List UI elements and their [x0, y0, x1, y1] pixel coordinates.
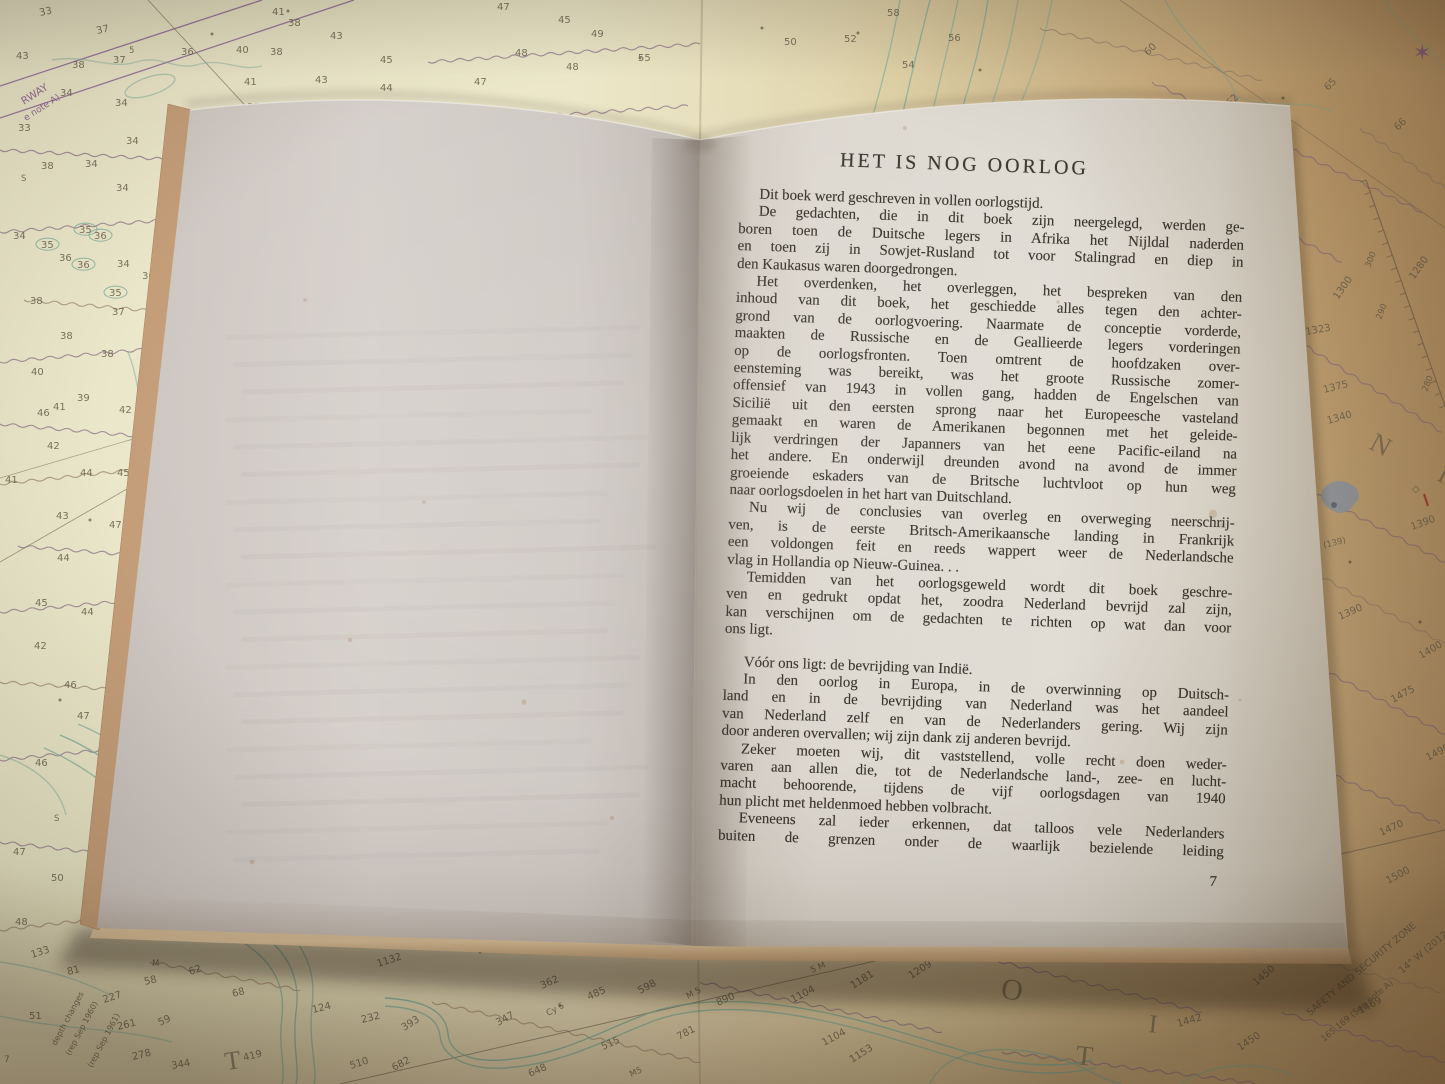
map-depth-label: 47 [77, 711, 90, 722]
map-depth-label: 41 [272, 7, 285, 18]
map-depth-label: 36 [94, 231, 107, 242]
map-depth-label: 7 [4, 1055, 10, 1065]
body-text: Dit boek werd geschreven in vollen oorlo… [718, 186, 1246, 861]
map-depth-label: 43 [16, 51, 29, 62]
map-depth-label: 48 [515, 48, 528, 59]
map-depth-label: 52 [844, 34, 857, 45]
map-depth-label: 34 [60, 88, 73, 99]
map-depth-label: 54 [902, 60, 915, 71]
map-depth-label: 48 [566, 62, 579, 73]
map-depth-label: 38 [288, 18, 301, 29]
map-depth-label: 36 [77, 260, 90, 271]
spine-gutter-left [642, 138, 700, 946]
map-depth-label: 35 [41, 240, 54, 251]
map-depth-label: 41 [5, 475, 18, 486]
map-depth-label: 56 [948, 33, 961, 44]
map-depth-label: 50 [784, 37, 797, 48]
map-depth-label: 46 [35, 758, 48, 769]
map-depth-label: 35 [109, 288, 122, 299]
map-depth-label: 42 [34, 641, 47, 652]
map-depth-label: S [21, 174, 26, 184]
map-depth-label: 34 [116, 183, 129, 194]
map-depth-label: 39 [77, 393, 90, 404]
map-depth-label: 40 [236, 45, 249, 56]
map-fairway-label: ✶ [1413, 41, 1431, 66]
map-depth-label: 42 [47, 441, 60, 452]
map-big-letter: T [1074, 1040, 1095, 1073]
map-depth-label: 43 [330, 31, 343, 42]
map-depth-label: 38 [101, 349, 114, 360]
right-page-text: HET IS NOG OORLOG Dit boek werd geschrev… [717, 146, 1247, 891]
map-depth-label: 41 [53, 402, 66, 413]
map-depth-label: 45 [380, 55, 393, 66]
map-depth-label: 38 [72, 60, 85, 71]
left-page [97, 100, 700, 946]
map-depth-label: 38 [270, 47, 283, 58]
map-depth-label: 47 [497, 2, 510, 13]
map-depth-label: 50 [51, 873, 64, 884]
map-depth-label: S [54, 814, 59, 824]
map-depth-label: 46 [64, 680, 77, 691]
map-depth-label: 47 [474, 77, 487, 88]
map-depth-label: 37 [113, 55, 126, 66]
map-depth-label: 33 [18, 123, 31, 134]
map-depth-label: 36 [181, 47, 194, 58]
map-depth-label: ◇ [1412, 484, 1420, 495]
map-depth-label: 37 [112, 307, 125, 318]
map-depth-label: 41 [244, 77, 257, 88]
map-depth-label: 34 [126, 136, 139, 147]
spine-top-notch-shadow [684, 137, 716, 151]
map-depth-label: 48 [15, 917, 28, 928]
map-depth-label: 45 [558, 15, 571, 26]
map-depth-label: 34 [115, 98, 128, 109]
map-depth-label: 34 [85, 159, 98, 170]
map-depth-label: 45 [35, 598, 48, 609]
map-depth-label: 47 [109, 520, 122, 531]
map-depth-label: 38 [30, 296, 43, 307]
map-depth-label: 44 [57, 553, 70, 564]
map-depth-label: 44 [80, 468, 93, 479]
map-depth-label: 47 [13, 847, 26, 858]
map-depth-label: 43 [56, 511, 69, 522]
map-depth-label: 58 [887, 8, 900, 19]
map-depth-label: 49 [591, 29, 604, 40]
map-depth-label: 5 [129, 46, 134, 56]
map-depth-label: 36 [59, 253, 72, 264]
map-depth-label: 42 [119, 405, 132, 416]
map-depth-label: 34 [13, 231, 26, 242]
photo-open-book-on-nautical-chart: RWAYe note A)✶33374138434036543383745383… [0, 0, 1445, 1084]
map-depth-label: 38 [60, 331, 73, 342]
map-depth-label: 43 [315, 75, 328, 86]
map-depth-label: 40 [31, 367, 44, 378]
map-depth-label: 35 [79, 225, 92, 236]
map-depth-label: 34 [117, 259, 130, 270]
map-depth-label: 38 [41, 161, 54, 172]
map-depth-label: 46 [37, 408, 50, 419]
map-depth-label: 51 [29, 1011, 42, 1022]
map-depth-label: 44 [81, 607, 94, 618]
